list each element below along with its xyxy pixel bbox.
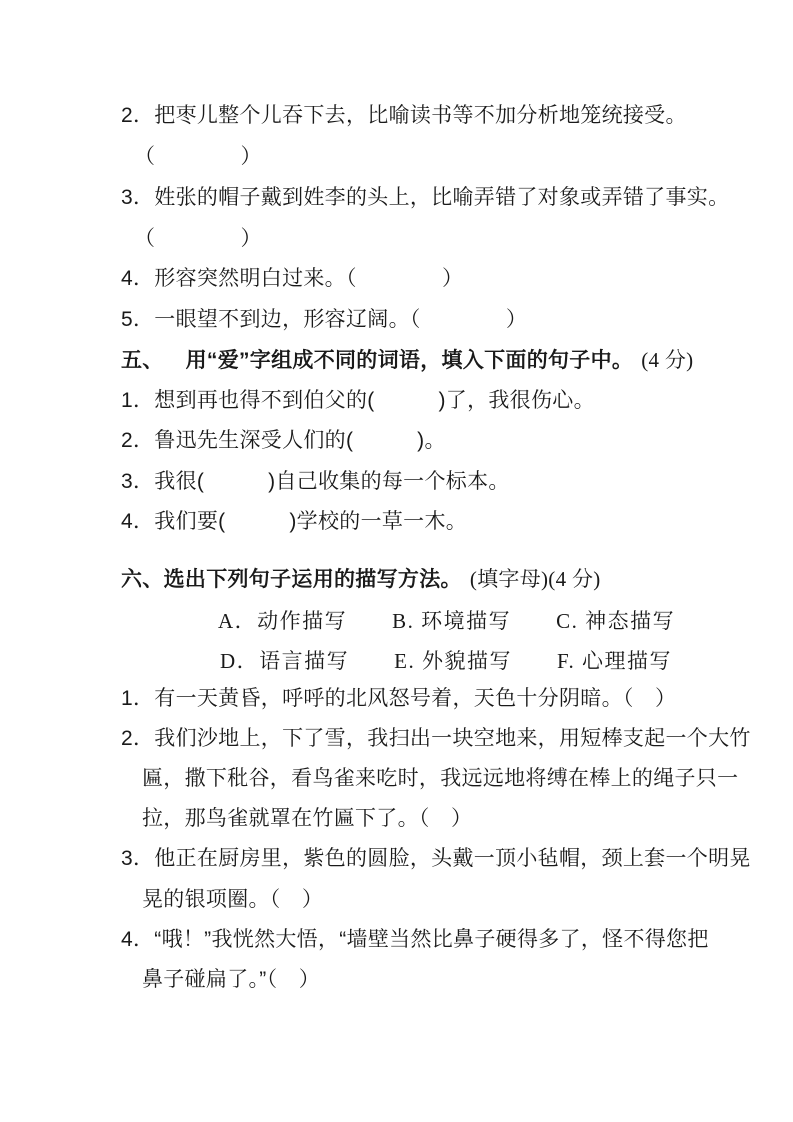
section-five-number: 五、: [121, 349, 164, 372]
fill-blank-item-3: 3．我很( )自己收集的每一个标本。: [121, 470, 510, 494]
method-question-4-line-1: 4．“哦！”我恍然大悟，“墙壁当然比鼻子硬得多了，怪不得您把: [121, 928, 709, 952]
section-five-score: (4 分): [641, 348, 693, 372]
section-five-title: 用“爱”字组成不同的词语，填入下面的句子中。: [186, 349, 634, 372]
method-question-3-line-1: 3．他正在厨房里，紫色的圆脸，头戴一顶小毡帽，颈上套一个明晃: [121, 847, 751, 871]
method-question-1: 1．有一天黄昏，呼呼的北风怒号着，天色十分阴暗。（ ）: [121, 687, 676, 711]
definition-item-2-answer-blank: （ ）: [134, 145, 262, 169]
method-question-2-line-1: 2．我们沙地上，下了雪，我扫出一块空地来，用短棒支起一个大竹: [121, 727, 751, 751]
method-question-3-line-2: 晃的银项圈。（ ）: [142, 888, 323, 912]
fill-blank-item-4: 4．我们要( )学校的一草一木。: [121, 510, 467, 534]
section-five-heading: 五、用“爱”字组成不同的词语，填入下面的句子中。(4 分): [121, 348, 693, 373]
method-question-2-line-3: 拉，那鸟雀就罩在竹匾下了。（ ）: [142, 807, 472, 831]
fill-blank-item-1: 1．想到再也得不到伯父的( )了，我很伤心。: [121, 389, 595, 413]
section-six-title: 选出下列句子运用的描写方法。: [164, 568, 462, 591]
option-row-abc: A．动作描写 B. 环境描写 C. 神态描写: [218, 609, 675, 633]
definition-item-2: 2．把枣儿整个儿吞下去，比喻读书等不加分析地笼统接受。: [121, 104, 687, 128]
definition-item-3: 3．姓张的帽子戴到姓李的头上，比喻弄错了对象或弄错了事实。: [121, 186, 729, 210]
exam-paper-page: 2．把枣儿整个儿吞下去，比喻读书等不加分析地笼统接受。 （ ） 3．姓张的帽子戴…: [0, 0, 793, 1122]
definition-item-4: 4．形容突然明白过来。（ ）: [121, 267, 463, 291]
section-six-heading: 六、选出下列句子运用的描写方法。(填字母)(4 分): [121, 567, 601, 592]
definition-item-3-answer-blank: （ ）: [134, 227, 262, 251]
fill-blank-item-2: 2．鲁迅先生深受人们的( )。: [121, 429, 446, 453]
section-six-note: (填字母)(4 分): [470, 567, 601, 591]
option-row-def: D．语言描写 E. 外貌描写 F. 心理描写: [220, 649, 672, 673]
section-six-number: 六、: [121, 568, 164, 591]
method-question-4-line-2: 鼻子碰扁了。”（ ）: [142, 968, 320, 992]
definition-item-5: 5．一眼望不到边，形容辽阔。（ ）: [121, 308, 527, 332]
method-question-2-line-2: 匾，撒下秕谷，看鸟雀来吃时，我远远地将缚在棒上的绳子只一: [142, 767, 738, 791]
